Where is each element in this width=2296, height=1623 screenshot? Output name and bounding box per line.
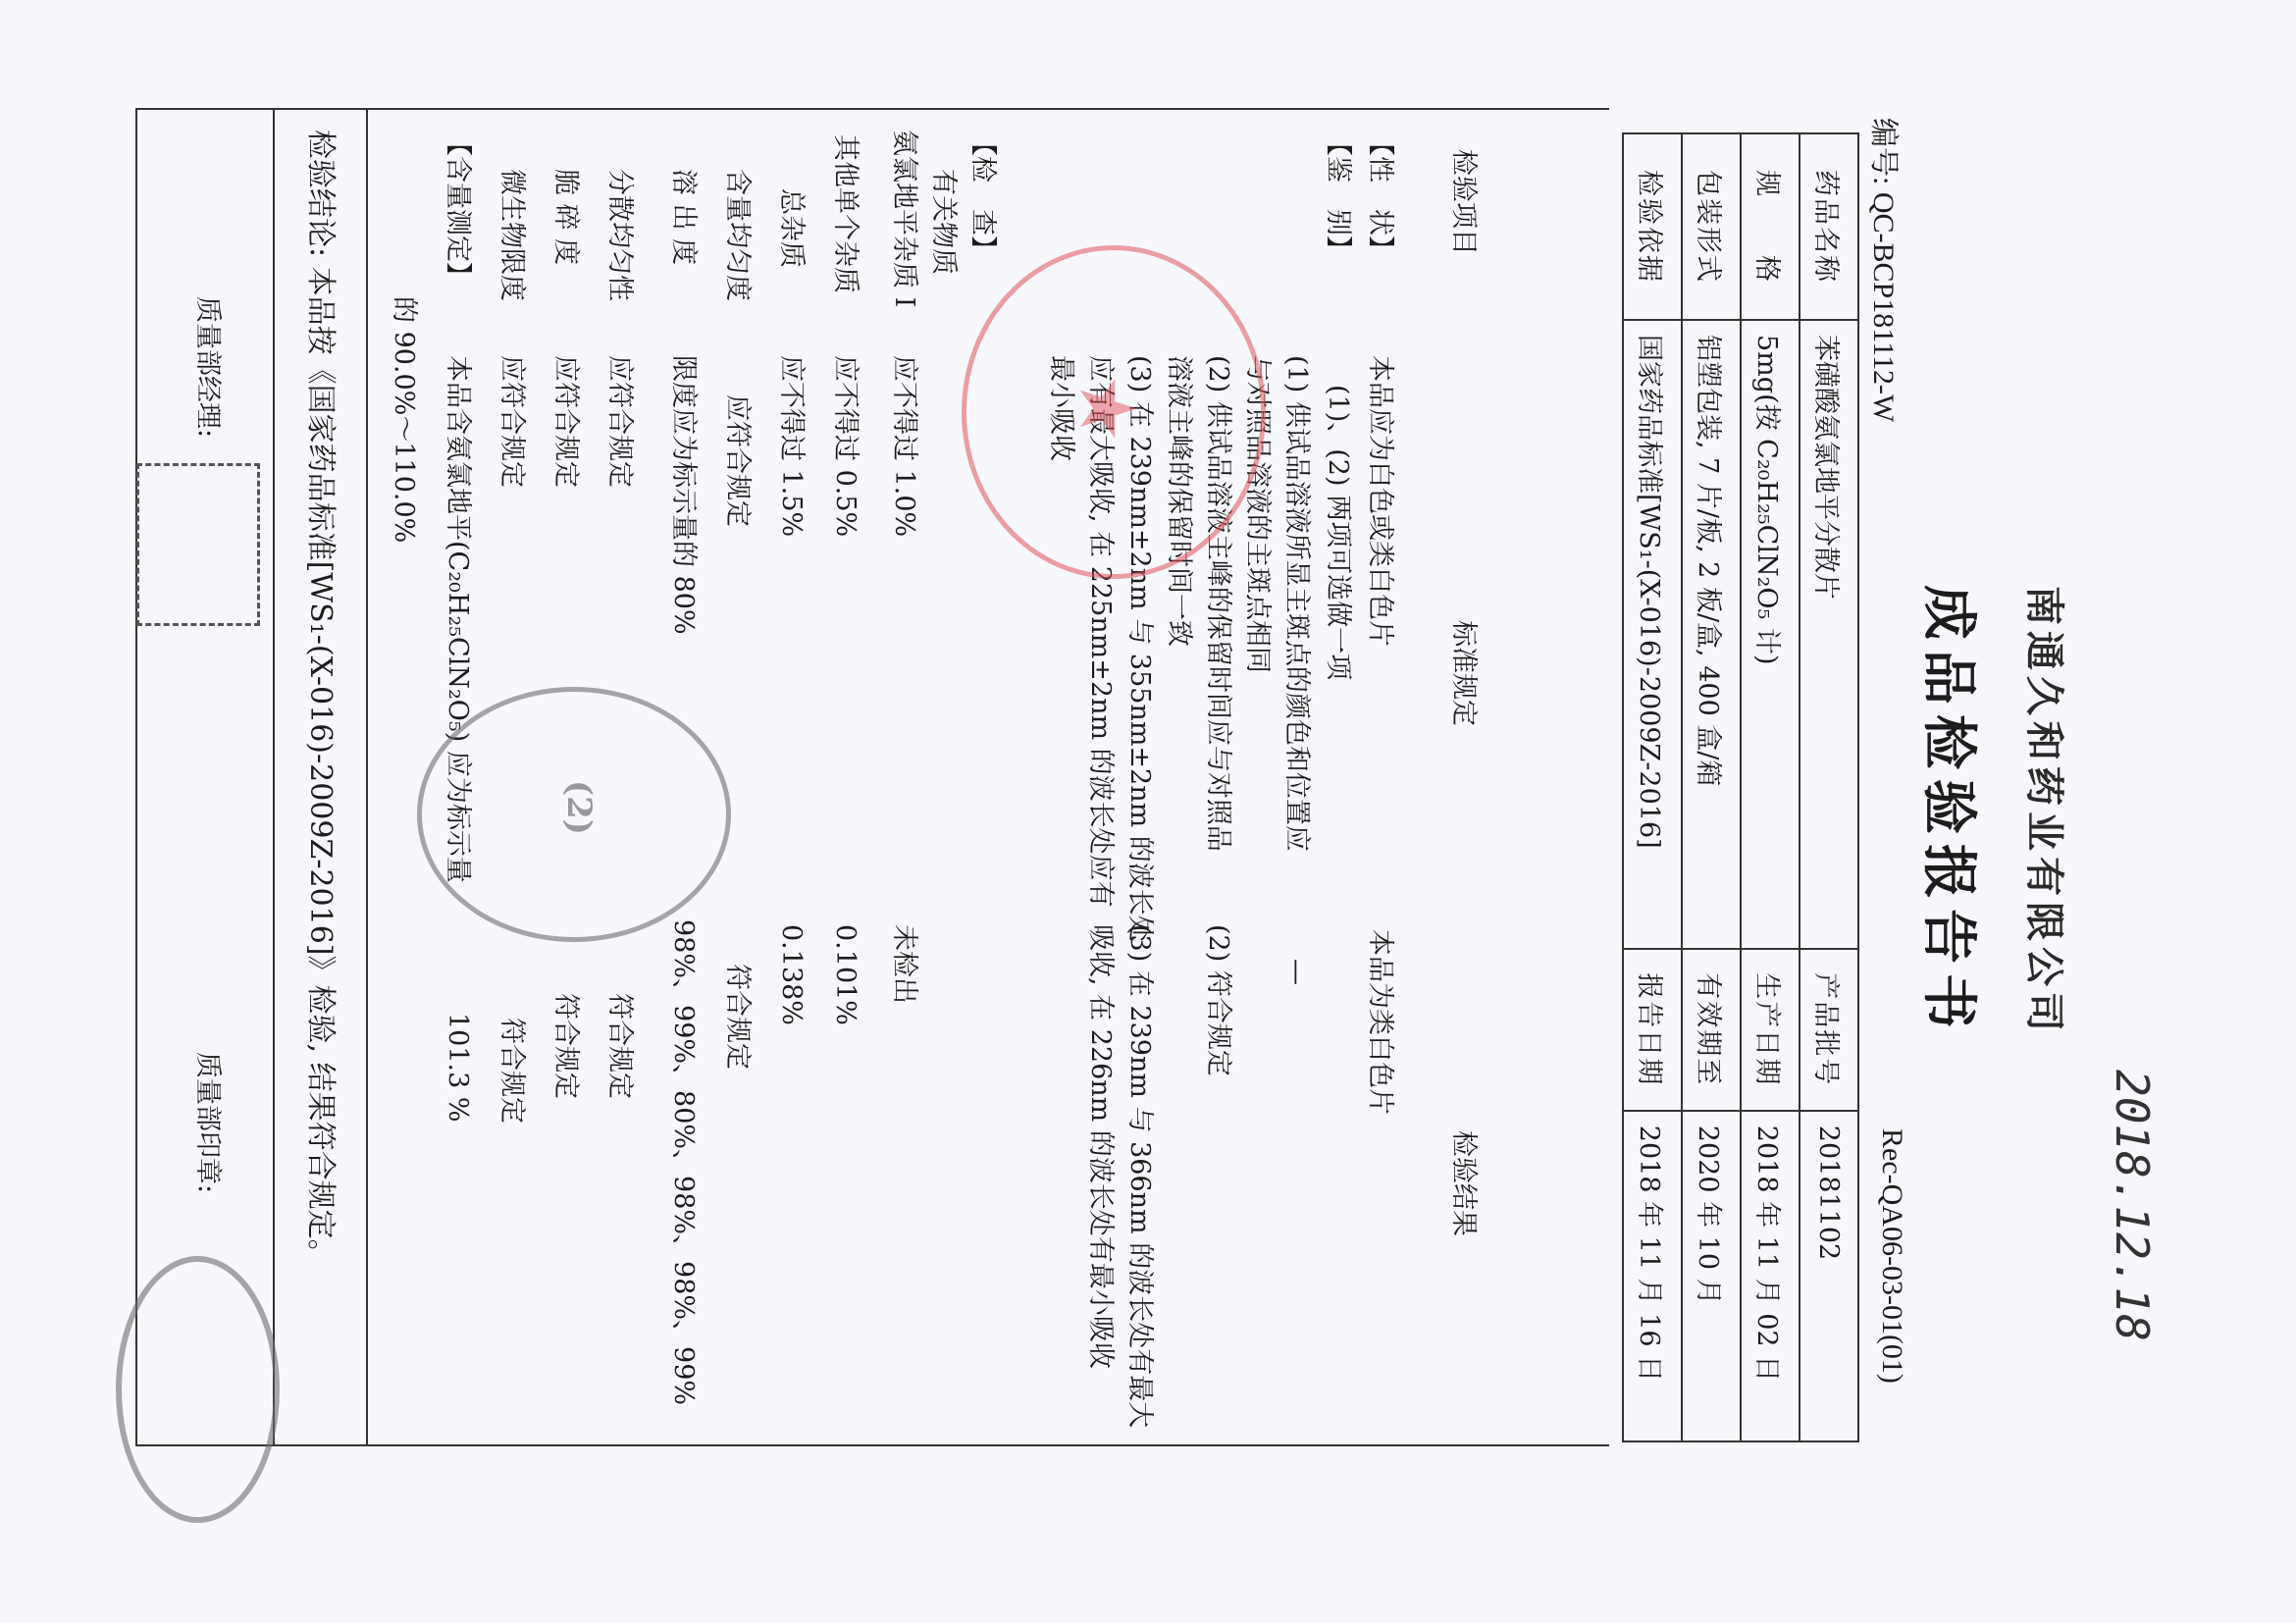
info-value: 铝塑包装, 7 片/板, 2 板/盒, 400 盒/箱 bbox=[1682, 320, 1741, 949]
inspection-result: 0.101% bbox=[826, 924, 863, 1025]
info-label: 药品名称 bbox=[1800, 133, 1858, 320]
product-info-table: 药品名称 苯磺酸氨氯地平分散片 产品批号 20181102 规 格 5mg(按 … bbox=[1622, 132, 1859, 1442]
inspection-item: 含量均匀度 bbox=[718, 169, 756, 301]
quality-seal-label: 质量部印章: bbox=[188, 1052, 226, 1193]
inspection-result: 未检出 bbox=[885, 924, 922, 1004]
inspection-item: 总杂质 bbox=[772, 188, 809, 268]
handwritten-date: 2018.12.18 bbox=[2106, 1070, 2159, 1341]
record-number: Rec-QA06-03-01(01) bbox=[1875, 1128, 1908, 1384]
identification-line: 与对照品溶液的主斑点相同 bbox=[1238, 355, 1276, 673]
inspection-standard: 应符合规定 bbox=[718, 394, 756, 527]
inspection-standard: 应不得过 0.5% bbox=[826, 355, 863, 537]
section-heading-inspection: 【检 查】 bbox=[964, 130, 1001, 262]
info-row: 规 格 5mg(按 C₂₀H₂₅ClN₂O₅ 计) 生产日期 2018 年 11… bbox=[1741, 133, 1800, 1441]
inspection-item: 微生物限度 bbox=[493, 169, 530, 301]
inspection-standard: 应符合规定 bbox=[547, 355, 584, 488]
section-heading-identification: 【鉴 别】 bbox=[1319, 130, 1356, 262]
inspection-report-page: 2018.12.18 南通久和药业有限公司 成品检验报告书 编号: QC-BCP… bbox=[0, 0, 2296, 1623]
identification-line: 溶液主峰的保留时间一致 bbox=[1160, 355, 1197, 647]
inspection-result: 98%、99%、80%、98%、98%、99% bbox=[664, 919, 702, 1405]
inspection-standard: 应不得过 1.0% bbox=[885, 355, 922, 537]
identification-line: 最小吸收 bbox=[1042, 355, 1079, 461]
identification-result: — bbox=[1278, 959, 1315, 985]
results-box: 检验项目 标准规定 检验结果 【性 状】 本品应为白色或类白色片 本品为类白色片… bbox=[135, 108, 1609, 1446]
divider bbox=[273, 110, 275, 1444]
info-value: 2018 年 11 月 16 日 bbox=[1623, 1111, 1682, 1441]
document-number: 编号: QC-BCP181112-W bbox=[1865, 118, 1908, 422]
appearance-result: 本品为类白色片 bbox=[1361, 929, 1398, 1115]
inspection-standard: 应符合规定 bbox=[493, 355, 530, 488]
identification-result: (3) 在 239nm 与 366nm 的波长处有最大 bbox=[1121, 924, 1158, 1428]
inspection-standard: 应符合规定 bbox=[600, 355, 638, 488]
assay-standard: 的 90.0%～110.0% bbox=[385, 296, 422, 543]
identification-line: (3) 在 239nm±2nm 与 355nm±2nm 的波长处 bbox=[1121, 355, 1158, 942]
identification-line: (1) 供试品溶液所显主斑点的颜色和位置应 bbox=[1278, 355, 1315, 852]
inspection-item: 脆 碎 度 bbox=[547, 169, 584, 265]
column-header-item: 检验项目 bbox=[1444, 149, 1482, 255]
identification-line: (1)、(2) 两项可选做一项 bbox=[1319, 385, 1356, 680]
inspection-result: 符合规定 bbox=[600, 993, 638, 1099]
info-row: 包装形式 铝塑包装, 7 片/板, 2 板/盒, 400 盒/箱 有效期至 20… bbox=[1682, 133, 1741, 1441]
info-label: 报告日期 bbox=[1623, 949, 1682, 1111]
inspection-item: 溶 出 度 bbox=[664, 169, 702, 265]
assay-result: 101.3 % bbox=[439, 1013, 476, 1123]
info-value: 5mg(按 C₂₀H₂₅ClN₂O₅ 计) bbox=[1741, 320, 1800, 949]
inspection-standard: 应不得过 1.5% bbox=[772, 355, 809, 537]
info-label: 规 格 bbox=[1741, 133, 1800, 320]
column-header-result: 检验结果 bbox=[1444, 1130, 1482, 1236]
related-substances-label: 有关物质 bbox=[924, 169, 962, 275]
info-label: 包装形式 bbox=[1682, 133, 1741, 320]
inspection-result: 符合规定 bbox=[547, 993, 584, 1099]
info-value: 国家药品标准[WS₁-(X-016)-2009Z-2016] bbox=[1623, 320, 1682, 949]
inspection-result: 符合规定 bbox=[493, 1018, 530, 1124]
identification-line: (2) 供试品溶液主峰的保留时间应与对照品 bbox=[1199, 355, 1236, 852]
report-title: 成品检验报告书 bbox=[1913, 0, 1992, 1623]
identification-result: (2) 符合规定 bbox=[1199, 924, 1236, 1076]
info-label: 产品批号 bbox=[1800, 949, 1858, 1111]
conclusion-text: 检验结论: 本品按《国家药品标准[WS₁-(X-016)-2009Z-2016]… bbox=[301, 130, 339, 1269]
inspection-result: 符合规定 bbox=[718, 964, 756, 1070]
appearance-standard: 本品应为白色或类白色片 bbox=[1361, 355, 1398, 647]
info-row: 检验依据 国家药品标准[WS₁-(X-016)-2009Z-2016] 报告日期… bbox=[1623, 133, 1682, 1441]
manager-signature-stamp bbox=[136, 463, 260, 626]
info-value: 2018 年 11 月 02 日 bbox=[1741, 1111, 1800, 1441]
info-value: 2020 年 10 月 bbox=[1682, 1111, 1741, 1441]
inspection-standard: 限度应为标示量的 80% bbox=[664, 355, 702, 635]
inspection-item: 其他单个杂质 bbox=[826, 134, 863, 293]
identification-result: 吸收, 在 226nm 的波长处有最小吸收 bbox=[1081, 924, 1119, 1369]
section-heading-appearance: 【性 状】 bbox=[1361, 130, 1398, 262]
section-heading-assay: 【含量测定】 bbox=[439, 130, 476, 288]
info-row: 药品名称 苯磺酸氨氯地平分散片 产品批号 20181102 bbox=[1800, 133, 1858, 1441]
company-name: 南通久和药业有限公司 bbox=[2019, 0, 2075, 1623]
inspection-result: 0.138% bbox=[772, 924, 809, 1025]
column-header-standard: 标准规定 bbox=[1444, 620, 1482, 726]
identification-line: 应有最大吸收, 在 225nm±2nm 的波长处应有 bbox=[1081, 355, 1119, 908]
assay-standard: 本品含氨氯地平(C₂₀H₂₅ClN₂O₅) 应为标示量 bbox=[439, 355, 476, 883]
inspection-item: 氨氯地平杂质 I bbox=[885, 130, 922, 307]
quality-manager-label: 质量部经理: bbox=[188, 296, 226, 438]
info-label: 检验依据 bbox=[1623, 133, 1682, 320]
info-value: 20181102 bbox=[1800, 1111, 1858, 1441]
inspection-item: 分散均匀性 bbox=[600, 169, 638, 301]
info-label: 生产日期 bbox=[1741, 949, 1800, 1111]
info-label: 有效期至 bbox=[1682, 949, 1741, 1111]
divider bbox=[366, 110, 368, 1444]
info-value: 苯磺酸氨氯地平分散片 bbox=[1800, 320, 1858, 949]
